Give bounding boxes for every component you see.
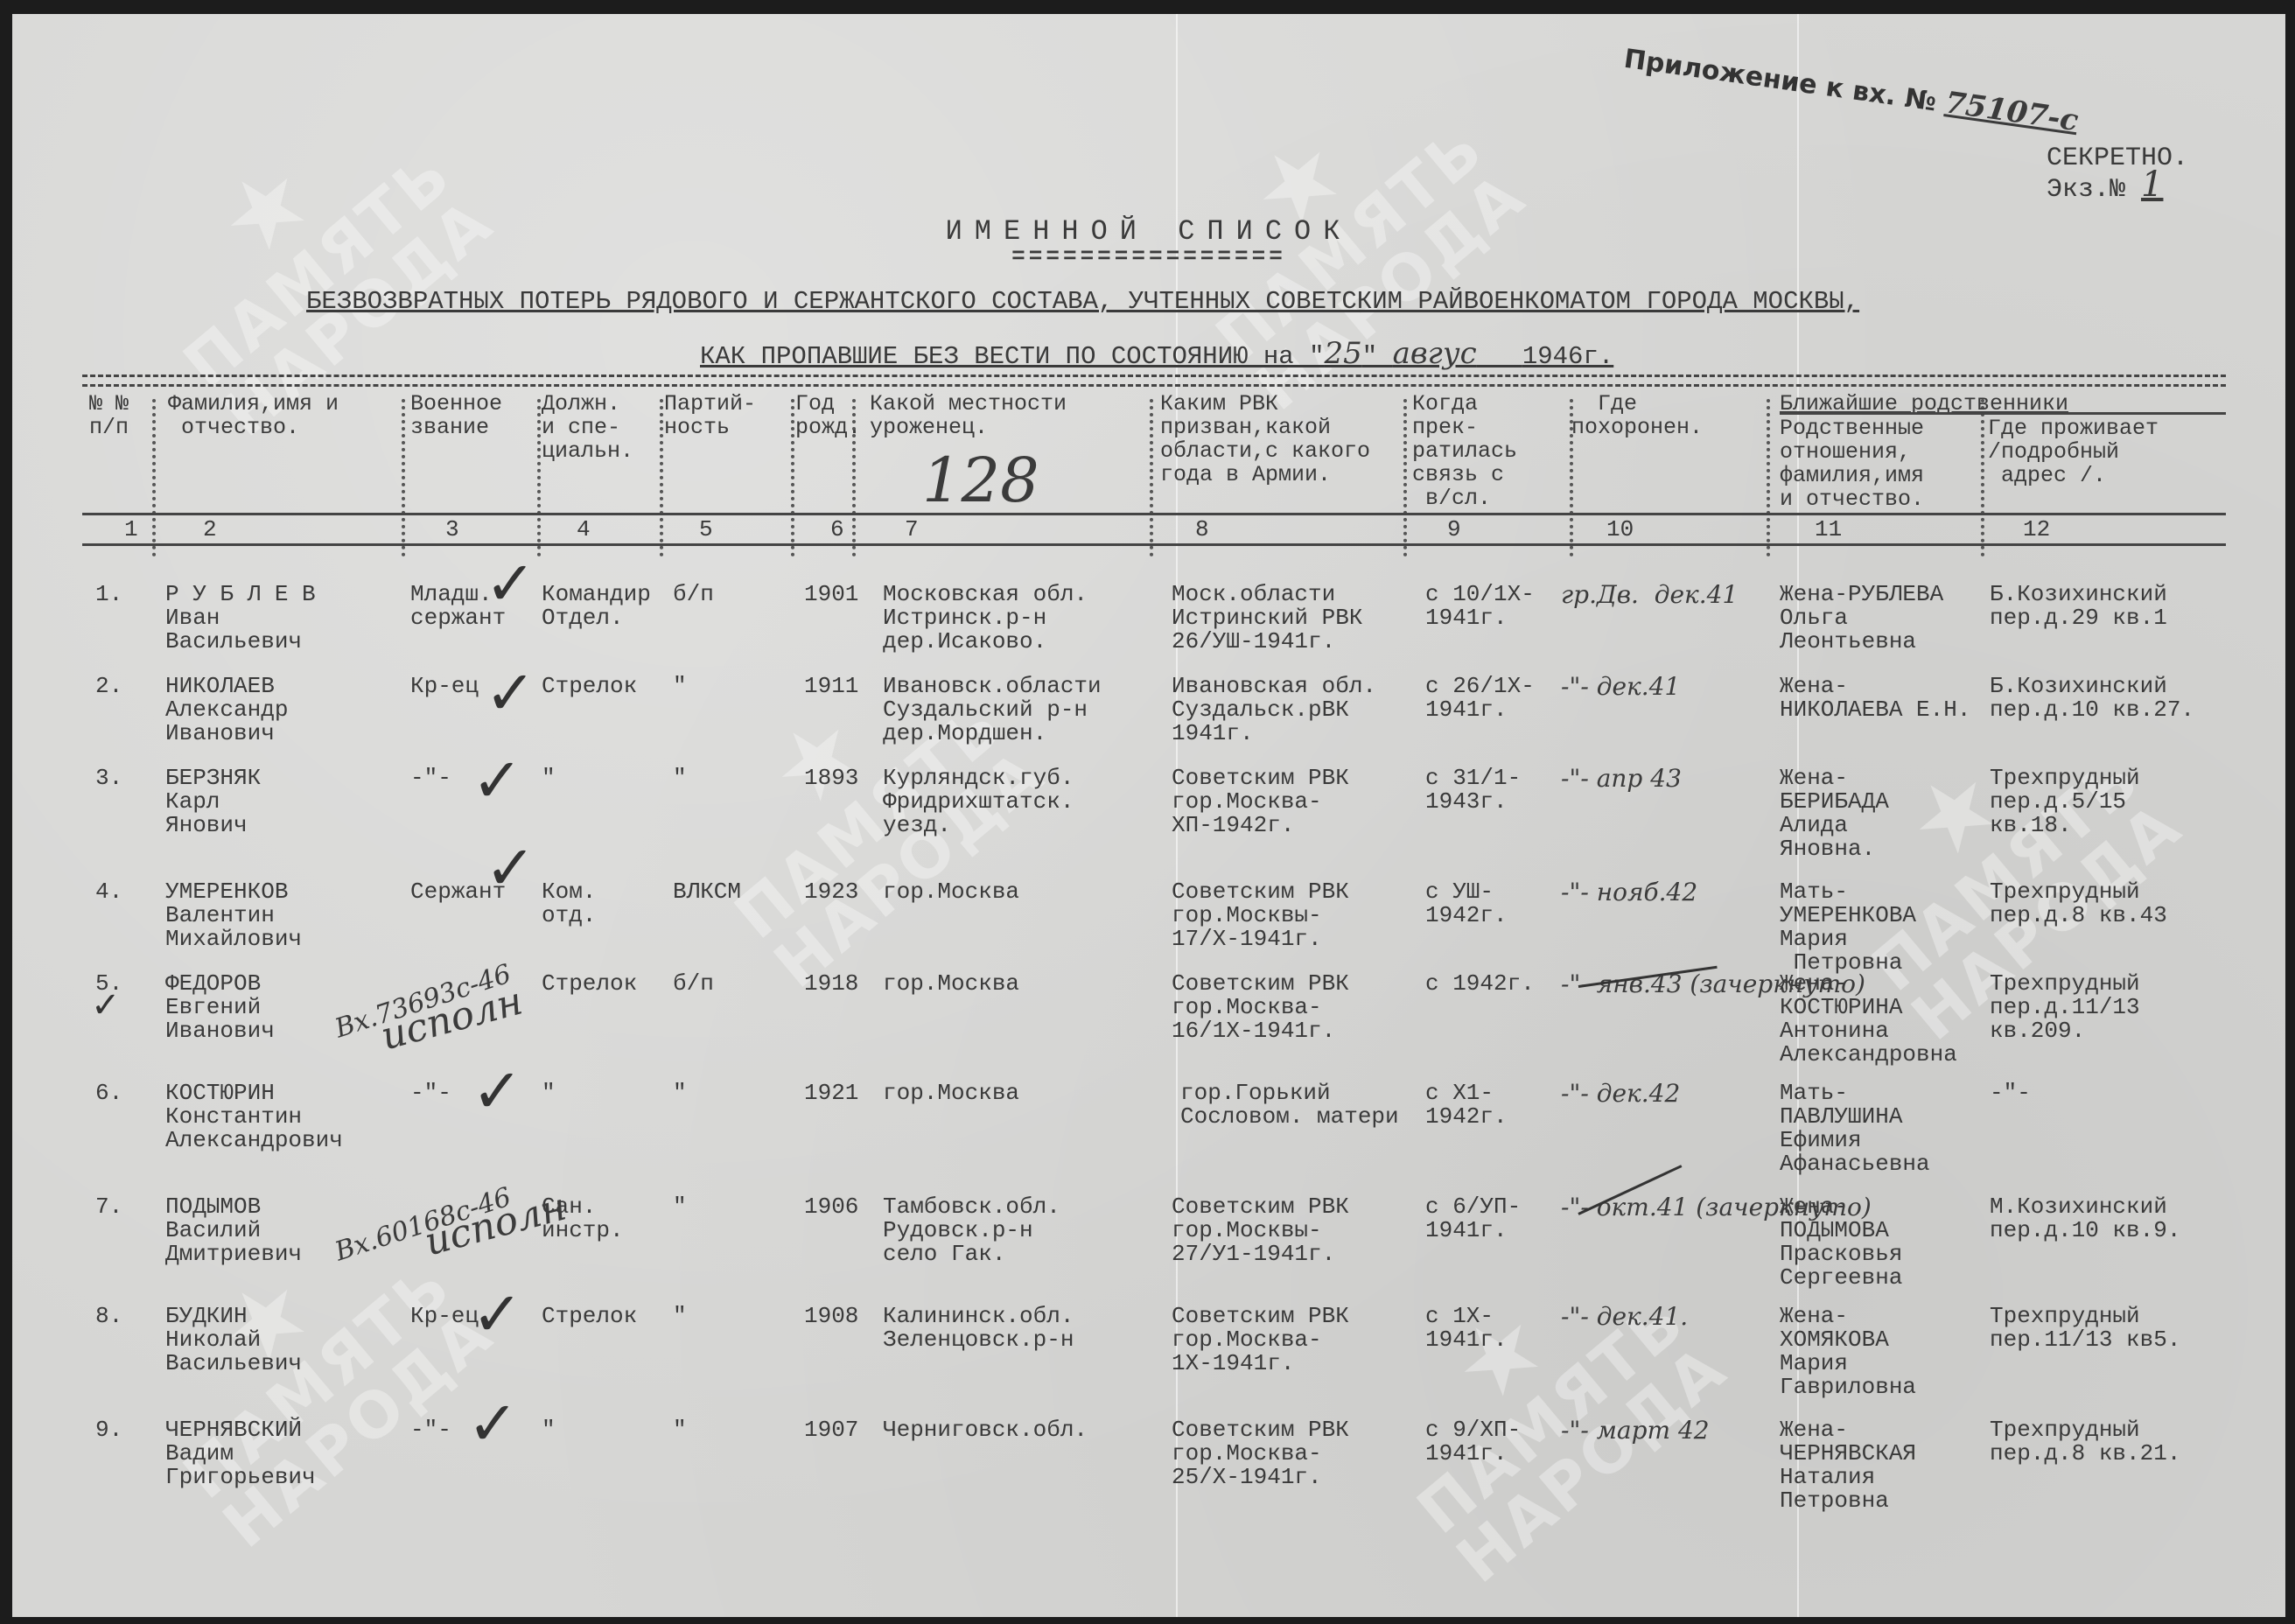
checkmark-icon: ✓: [91, 985, 121, 1025]
cell-born: 1923: [804, 880, 858, 904]
cell-position: Командир Отдел.: [542, 583, 651, 630]
cell-position: Стрелок: [542, 1305, 637, 1328]
cell-rvk: Советским РВК гор.Москвы- 27/У1-1941г.: [1172, 1195, 1349, 1266]
column-divider: [1981, 399, 1984, 556]
column-number: 6: [830, 516, 844, 542]
column-header: Год рожд.: [795, 392, 861, 439]
cell-rvk: Советским РВК гор.Москва- ХП-1942г.: [1172, 766, 1349, 837]
column-header: Где проживает /подробный адрес /.: [1988, 416, 2159, 487]
table-rule: [82, 513, 2226, 515]
column-header: Партий- ность: [664, 392, 756, 439]
cell-relative: Жена- НИКОЛАЕВА Е.Н.: [1780, 675, 1970, 722]
column-header: Какой местности уроженец.: [870, 392, 1067, 439]
cell-party: ": [673, 1305, 687, 1328]
cell-origin: Калининск.обл. Зеленцовск.р-н: [883, 1305, 1074, 1352]
cell-buried-note: -"- апр 43: [1561, 766, 1682, 790]
cell-address: М.Козихинский пер.д.10 кв.9.: [1990, 1195, 2180, 1242]
cell-n: 6.: [95, 1081, 122, 1105]
cell-rvk: Советским РВК гор.Москва- 25/Х-1941г.: [1172, 1418, 1349, 1489]
cell-lost: с 31/1- 1943г.: [1425, 766, 1521, 814]
cell-rank: -"-: [410, 1418, 451, 1442]
cell-lost: с 26/1Х- 1941г.: [1425, 675, 1535, 722]
cell-lost: с УШ- 1942г.: [1425, 880, 1508, 927]
cell-relative: Жена- БЕРИБАДА Алида Яновна.: [1780, 766, 1889, 861]
cell-name: НИКОЛАЕВ Александр Иванович: [165, 675, 288, 745]
cell-party: ": [673, 1195, 687, 1219]
cell-relative: Жена- ХОМЯКОВА Мария Гавриловна: [1780, 1305, 1916, 1399]
watermark: ★ПАМЯТЬНАРОДА: [1344, 1213, 1738, 1593]
column-divider: [660, 399, 663, 556]
column-number: 4: [577, 516, 591, 542]
cell-buried-note: -"- март 42: [1561, 1418, 1710, 1442]
cell-born: 1907: [804, 1418, 858, 1442]
table-rule: [1780, 412, 2226, 415]
cell-n: 1.: [95, 583, 122, 606]
cell-party: ": [673, 766, 687, 790]
cell-n: 7.: [95, 1195, 122, 1219]
column-number: 7: [905, 516, 919, 542]
cell-origin: гор.Москва: [883, 880, 1019, 904]
secret-mark: СЕКРЕТНО. Экз.№ 1: [2047, 145, 2188, 203]
column-number: 11: [1815, 516, 1842, 542]
cell-buried-note: -"- дек.42: [1561, 1081, 1680, 1105]
column-divider: [1403, 399, 1407, 556]
column-number: 9: [1447, 516, 1461, 542]
table-top-rule: [82, 374, 2226, 387]
cell-rank: -"-: [410, 766, 451, 790]
cell-lost: с 9/ХП- 1941г.: [1425, 1418, 1521, 1466]
cell-origin: гор.Москва: [883, 1081, 1019, 1105]
appendix-stamp: Приложение к вх. № 75107-с: [1622, 40, 2081, 138]
cell-party: ": [673, 1081, 687, 1105]
cell-born: 1893: [804, 766, 858, 790]
cell-position: Стрелок: [542, 972, 637, 996]
cell-n: 4.: [95, 880, 122, 904]
cell-name: УМЕРЕНКОВ Валентин Михайлович: [165, 880, 302, 951]
cell-born: 1921: [804, 1081, 858, 1105]
cell-n: 3.: [95, 766, 122, 790]
cell-party: б/п: [673, 972, 714, 996]
checkmark-icon: ✓: [485, 657, 536, 729]
column-header: Когда прек- ратилась связь с в/сл.: [1412, 392, 1517, 510]
cell-party: б/п: [673, 583, 714, 606]
cell-position: Ком. отд.: [542, 880, 596, 927]
column-divider: [1150, 399, 1153, 556]
column-number: 1: [124, 516, 138, 542]
column-number: 2: [203, 516, 217, 542]
table-rule: [82, 543, 2226, 546]
cell-name: БЕРЗНЯК Карл Янович: [165, 766, 261, 837]
cell-buried-note: -"- дек.41: [1561, 675, 1680, 698]
cell-rvk: Советским РВК гор.Москва- 1Х-1941г.: [1172, 1305, 1349, 1375]
cell-name: ПОДЫМОВ Василий Дмитриевич: [165, 1195, 302, 1266]
cell-address: Трехпрудный пер.д.8 кв.21.: [1990, 1418, 2180, 1466]
cell-buried-note: -"- нояб.42: [1561, 880, 1697, 904]
cell-rvk: Моск.области Истринский РВК 26/УШ-1941г.: [1172, 583, 1362, 654]
cell-relative: Жена- ЧЕРНЯВСКАЯ Наталия Петровна: [1780, 1418, 1916, 1513]
checkmark-icon: ✓: [472, 1055, 523, 1127]
cell-name: БУДКИН Николай Васильевич: [165, 1305, 302, 1375]
column-header: Фамилия,имя и отчество.: [168, 392, 339, 439]
column-number: 10: [1606, 516, 1634, 542]
cell-n: 9.: [95, 1418, 122, 1442]
cell-relative: Жена- ПОДЫМОВА Прасковья Сергеевна: [1780, 1195, 1902, 1290]
cell-buried-note: -"- дек.41.: [1561, 1305, 1688, 1328]
subtitle-line2: КАК ПРОПАВШИЕ БЕЗ ВЕСТИ ПО СОСТОЯНИЮ на …: [700, 336, 1613, 371]
cell-born: 1911: [804, 675, 858, 698]
checkmark-icon: ✓: [467, 1388, 519, 1459]
cell-address: -"-: [1990, 1081, 2031, 1105]
cell-lost: с 10/1Х- 1941г.: [1425, 583, 1535, 630]
cell-address: Трехпрудный пер.д.11/13 кв.209.: [1990, 972, 2140, 1043]
column-header: Военное звание: [410, 392, 502, 439]
cell-relative: Жена- КОСТЮРИНА Антонина Александровна: [1780, 972, 1957, 1067]
cell-position: ": [542, 766, 556, 790]
cell-position: Стрелок: [542, 675, 637, 698]
cell-address: Трехпрудный пер.д.5/15 кв.18.: [1990, 766, 2140, 837]
column-header: Родственные отношения, фамилия,имя и отч…: [1780, 416, 1924, 511]
column-number: 5: [699, 516, 713, 542]
column-header: Где похоронен.: [1571, 392, 1703, 439]
cell-name: Р У Б Л Е В Иван Васильевич: [165, 583, 316, 654]
cell-party: ВЛКСМ: [673, 880, 741, 904]
appendix-number: 75107-с: [1943, 85, 2081, 138]
cell-buried-note: гр.Дв. дек.41: [1561, 583, 1738, 606]
cell-relative: Мать- ПАВЛУШИНА Ефимия Афанасьевна: [1780, 1081, 1930, 1176]
cell-lost: с 1942г.: [1425, 972, 1535, 996]
column-divider: [1767, 399, 1770, 556]
cell-origin: Черниговск.обл.: [883, 1418, 1088, 1442]
column-number: 12: [2023, 516, 2050, 542]
cell-rank: Кр-ец: [410, 1305, 479, 1328]
column-number: 3: [445, 516, 459, 542]
cell-lost: с 6/УП- 1941г.: [1425, 1195, 1521, 1242]
cell-lost: с Х1- 1942г.: [1425, 1081, 1508, 1129]
cell-rvk: Советским РВК гор.Москва- 16/1Х-1941г.: [1172, 972, 1349, 1043]
cell-name: ЧЕРНЯВСКИЙ Вадим Григорьевич: [165, 1418, 316, 1489]
cell-party: ": [673, 675, 687, 698]
title-underline: ================: [12, 243, 2285, 269]
cell-rank: Кр-ец: [410, 675, 479, 698]
cell-origin: Курляндск.губ. Фридрихштатск. уезд.: [883, 766, 1074, 837]
cell-rvk: Ивановская обл. Суздальск.рВК 1941г.: [1172, 675, 1376, 745]
cell-origin: Московская обл. Истринск.р-н дер.Исаково…: [883, 583, 1088, 654]
column-divider: [791, 399, 794, 556]
column-divider: [152, 399, 156, 556]
subtitle-line1: БЕЗВОЗВРАТНЫХ ПОТЕРЬ РЯДОВОГО И СЕРЖАНТС…: [306, 287, 1859, 316]
column-divider: [402, 399, 405, 556]
cell-origin: Ивановск.области Суздальский р-н дер.Мор…: [883, 675, 1102, 745]
cell-origin: гор.Москва: [883, 972, 1019, 996]
cell-rank: -"-: [410, 1081, 451, 1105]
cell-relative: Мать- УМЕРЕНКОВА Мария Петровна: [1780, 880, 1916, 975]
document-page: ★ПАМЯТЬНАРОДА ★ПАМЯТЬНАРОДА ★ПАМЯТЬНАРОД…: [12, 14, 2285, 1617]
cell-address: Б.Козихинский пер.д.29 кв.1: [1990, 583, 2167, 630]
header-handwritten-mark: 128: [922, 469, 1039, 493]
column-number: 8: [1195, 516, 1209, 542]
cell-relative: Жена-РУБЛЕВА Ольга Леонтьевна: [1780, 583, 1943, 654]
column-header: № № п/п: [89, 392, 129, 439]
cell-name: КОСТЮРИН Константин Александрович: [165, 1081, 343, 1152]
cell-address: Трехпрудный пер.11/13 кв5.: [1990, 1305, 2180, 1352]
checkmark-icon: ✓: [472, 745, 523, 816]
cell-born: 1918: [804, 972, 858, 996]
cell-rvk: Советским РВК гор.Москвы- 17/Х-1941г.: [1172, 880, 1349, 951]
checkmark-icon: ✓: [472, 1278, 523, 1350]
cell-position: ": [542, 1418, 556, 1442]
cell-born: 1901: [804, 583, 858, 606]
column-header: Каким РВК призван,какой области,с какого…: [1160, 392, 1370, 486]
cell-born: 1906: [804, 1195, 858, 1219]
column-divider: [537, 399, 541, 556]
cell-born: 1908: [804, 1305, 858, 1328]
cell-rvk: гор.Горький Сословом. матери: [1180, 1081, 1399, 1129]
cell-origin: Тамбовск.обл. Рудовск.р-н село Гак.: [883, 1195, 1060, 1266]
checkmark-icon: ✓: [485, 832, 536, 904]
cell-address: Б.Козихинский пер.д.10 кв.27.: [1990, 675, 2194, 722]
checkmark-icon: ✓: [485, 548, 536, 619]
cell-lost: с 1Х- 1941г.: [1425, 1305, 1508, 1352]
cell-party: ": [673, 1418, 687, 1442]
cell-n: 8.: [95, 1305, 122, 1328]
cell-n: 2.: [95, 675, 122, 698]
cell-address: Трехпрудный пер.д.8 кв.43: [1990, 880, 2167, 927]
column-header: Должн. и спе- циальн.: [542, 392, 633, 463]
cell-position: ": [542, 1081, 556, 1105]
cell-name: ФЕДОРОВ Евгений Иванович: [165, 972, 275, 1043]
